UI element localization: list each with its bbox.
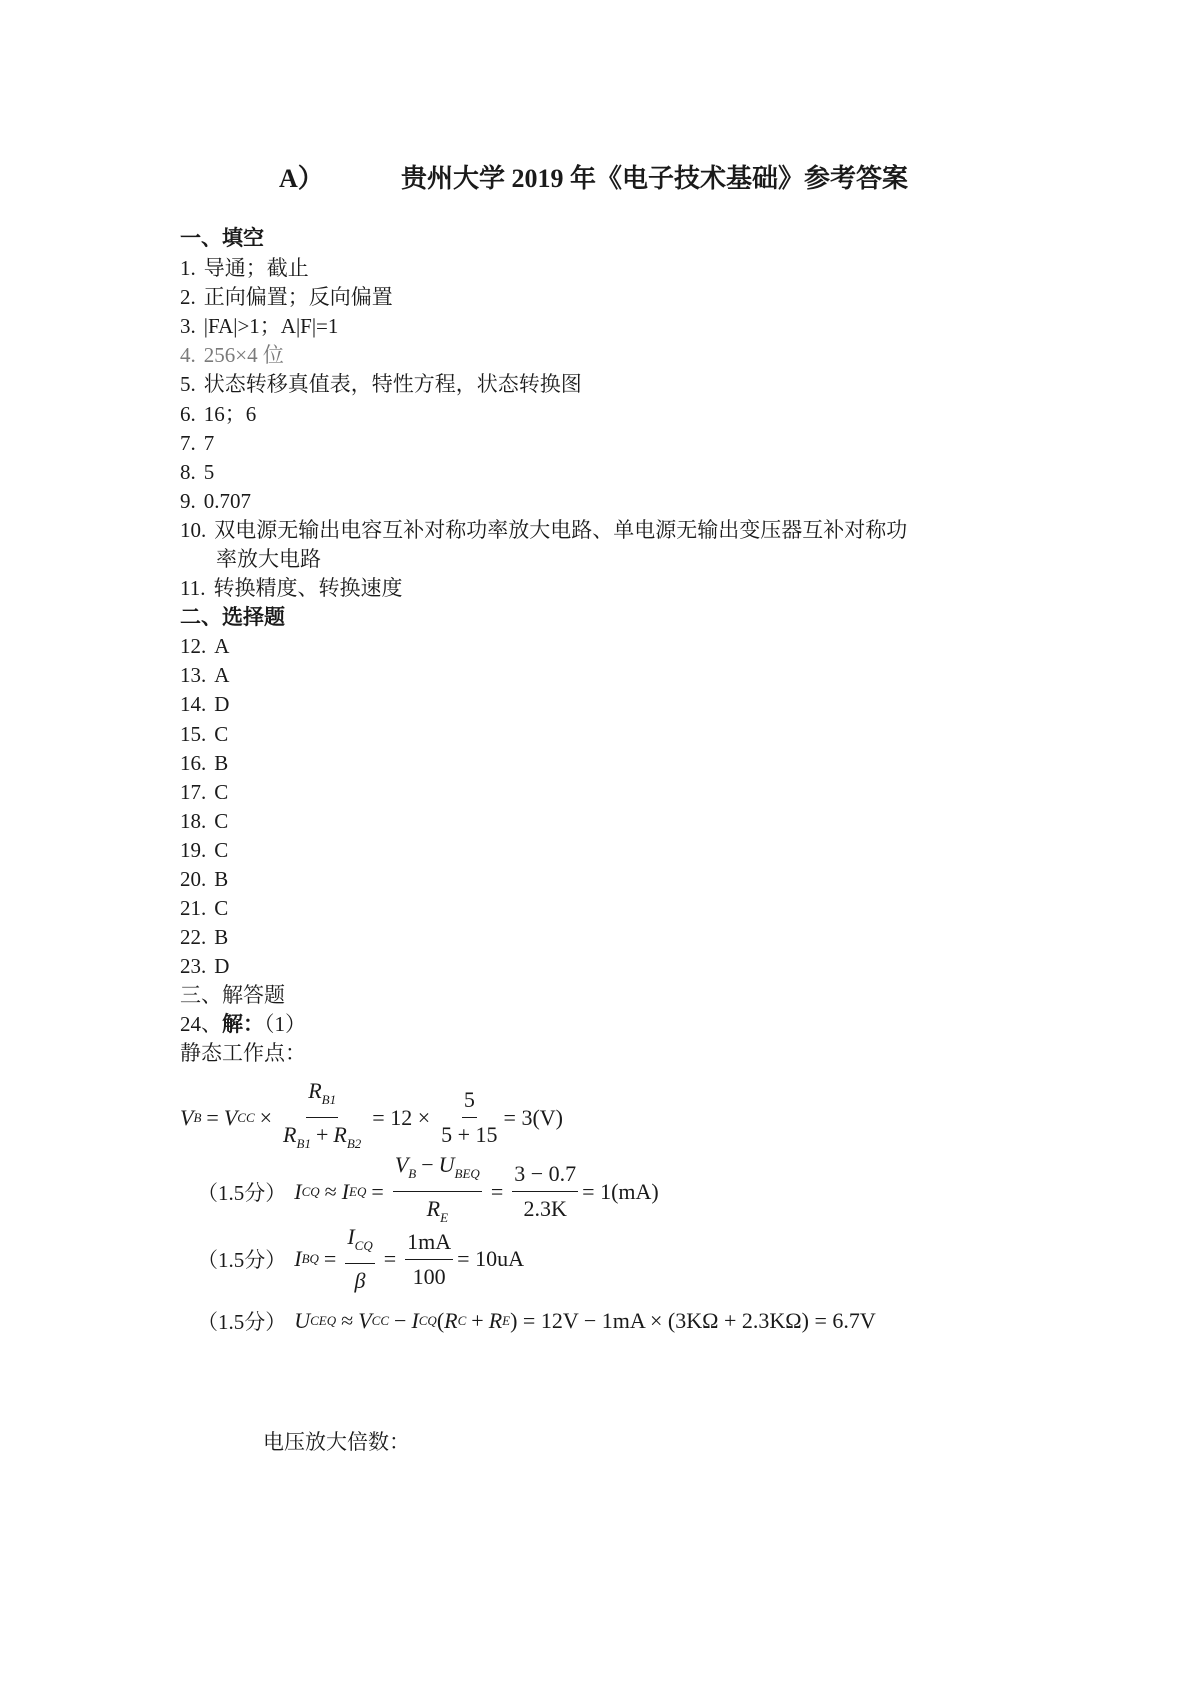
fraction: ICQ β [345, 1222, 374, 1296]
answer-item: 7.7 [180, 429, 214, 457]
fraction: VB−UBEQ RE [393, 1150, 482, 1233]
answer-item: 6.16；6 [180, 400, 256, 428]
fraction: RB1 RB1+RB2 [281, 1076, 363, 1159]
answer-item: 4.256×4 位 [180, 341, 284, 369]
question-24-header: 24、解：（1） [180, 1010, 306, 1038]
title-text: 贵州大学 2019 年《电子技术基础》参考答案 [401, 158, 908, 195]
choice-item: 23.D [180, 952, 229, 980]
choice-item: 21.C [180, 894, 228, 922]
answer-item: 9.0.707 [180, 487, 251, 515]
answer-item-continuation: 率放大电路 [216, 545, 321, 573]
equation-vb: VB = VCC × RB1 RB1+RB2 = 12 × 5 5 + 15 =… [180, 1076, 563, 1159]
fraction: 5 5 + 15 [439, 1085, 499, 1150]
choice-item: 19.C [180, 836, 228, 864]
choice-item: 18.C [180, 807, 228, 835]
answer-item: 8.5 [180, 458, 214, 486]
equation-uceq: （1.5分） UCEQ ≈ VCC − ICQ ( RC + RE ) = 12… [197, 1306, 876, 1336]
score-label: （1.5分） [197, 1244, 286, 1274]
choice-item: 17.C [180, 778, 228, 806]
answer-item: 10.双电源无输出电容互补对称功率放大电路、单电源无输出变压器互补对称功 [180, 516, 907, 544]
section-heading-multiple-choice: 二、选择题 [180, 603, 285, 631]
score-label: （1.5分） [197, 1177, 286, 1207]
answer-item: 1.导通；截止 [180, 254, 309, 282]
choice-item: 14.D [180, 690, 229, 718]
title-prefix: A） [279, 158, 324, 195]
equation-ibq: （1.5分） IBQ = ICQ β = 1mA 100 = 10uA [197, 1222, 524, 1296]
static-point-label: 静态工作点： [180, 1039, 306, 1067]
answer-item: 2.正向偏置；反向偏置 [180, 283, 393, 311]
choice-item: 12.A [180, 632, 229, 660]
fraction: 3 − 0.7 2.3K [512, 1159, 578, 1224]
answer-item: 5.状态转移真值表，特性方程，状态转换图 [180, 370, 582, 398]
choice-item: 15.C [180, 720, 228, 748]
score-label: （1.5分） [197, 1306, 286, 1336]
choice-item: 22.B [180, 923, 228, 951]
voltage-gain-label: 电压放大倍数： [263, 1428, 410, 1456]
choice-item: 16.B [180, 749, 228, 777]
section-heading-fill-in: 一、填空 [180, 224, 264, 252]
section-heading-problems: 三、解答题 [180, 981, 285, 1009]
answer-item: 11.转换精度、转换速度 [180, 574, 402, 602]
equation-icq: （1.5分） ICQ ≈ IEQ = VB−UBEQ RE = 3 − 0.7 … [197, 1150, 659, 1233]
choice-item: 13.A [180, 661, 229, 689]
choice-item: 20.B [180, 865, 228, 893]
answer-item: 3.|FA|>1；A|F|=1 [180, 312, 338, 340]
fraction: 1mA 100 [405, 1227, 453, 1292]
